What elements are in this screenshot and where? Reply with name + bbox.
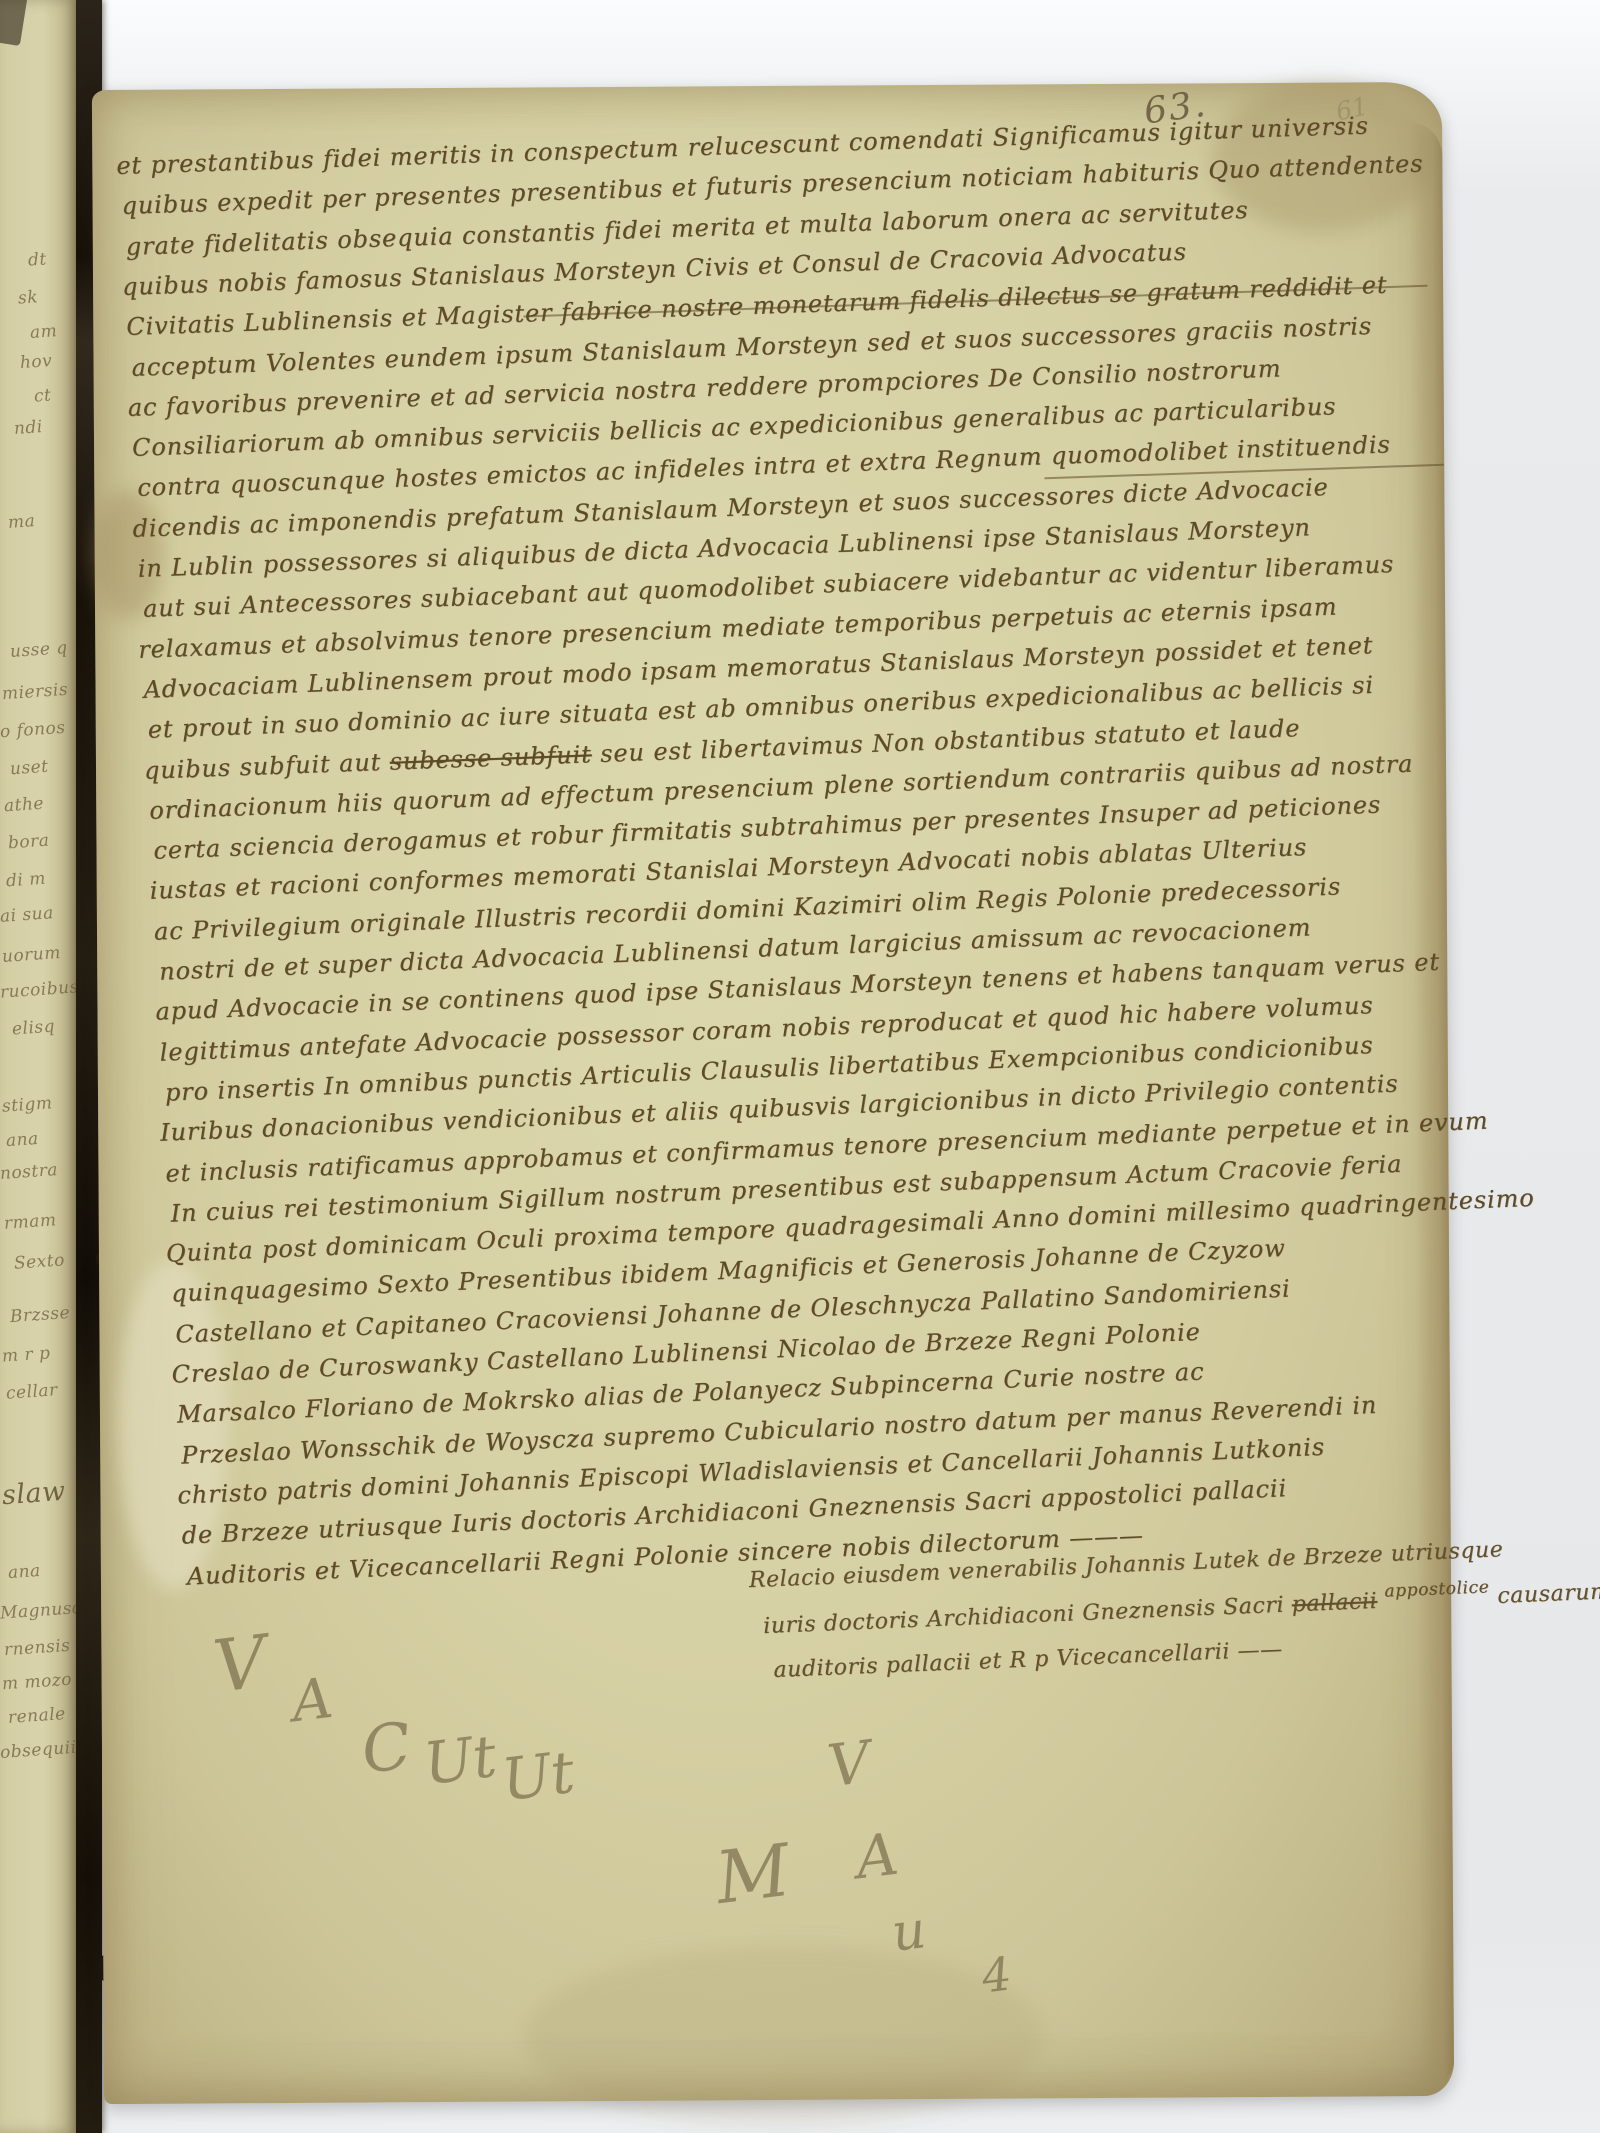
margin-fragment: stigm — [1, 1093, 53, 1116]
margin-fragment: bora — [7, 831, 50, 854]
margin-fragment: rucoibus — [0, 977, 79, 1002]
margin-fragment: slaw — [1, 1476, 67, 1511]
margin-fragment: Brzsse — [9, 1303, 70, 1327]
margin-fragment: cellar — [5, 1380, 58, 1404]
interlinear-insertion: appostolice — [1384, 1577, 1490, 1601]
margin-fragment: usse q — [9, 638, 68, 662]
margin-fragment: miersis — [1, 680, 68, 705]
margin-fragment: elisq — [11, 1017, 55, 1040]
margin-fragment: ai sua — [0, 903, 54, 927]
margin-fragment: ct — [33, 385, 52, 406]
margin-fragment: rnensis — [3, 1636, 71, 1661]
manuscript-scan: dtskamhovctndimausse qmiersiso fonosuset… — [0, 0, 1600, 2133]
chancery-subscription: Relacio eiusdem venerabilis Johannis Lut… — [92, 82, 1454, 2104]
margin-fragment: am — [29, 321, 58, 343]
subscription-text: iuris doctoris Archidiaconi Gneznensis S… — [763, 1593, 1285, 1639]
margin-fragment: uset — [9, 757, 49, 780]
margin-fragment: hov — [19, 351, 53, 373]
corner-shadow — [0, 0, 28, 46]
margin-fragment: renale — [7, 1704, 66, 1728]
margin-fragment: sk — [17, 287, 38, 308]
subscription-text: causarum — [1497, 1579, 1600, 1609]
margin-fragment: m mozo — [1, 1670, 72, 1695]
margin-fragment: o fonos — [0, 718, 66, 743]
margin-fragment: nostra — [0, 1160, 59, 1184]
margin-fragment: m r p — [1, 1343, 51, 1366]
margin-fragment: uorum — [1, 943, 61, 967]
subscription-line: iuris doctoris Archidiaconi Gneznensis S… — [763, 1579, 1600, 1639]
parchment-page: 63. 61 et prestantibus fidei meritis in … — [92, 82, 1454, 2104]
struck-word: pallacii — [1291, 1589, 1378, 1617]
margin-fragment: ndi — [13, 417, 43, 439]
subscription-line: auditoris pallacii et R p Vicecancellari… — [773, 1637, 1283, 1683]
margin-fragment: obsequiis — [0, 1737, 86, 1763]
margin-fragment: di m — [5, 869, 46, 892]
margin-fragment: ana — [7, 1561, 41, 1583]
margin-fragment: Sexto — [13, 1250, 65, 1274]
margin-fragment: ana — [5, 1129, 39, 1151]
facing-leaf-edge: dtskamhovctndimausse qmiersiso fonosuset… — [0, 0, 78, 2133]
margin-fragment: rmam — [3, 1210, 57, 1234]
margin-fragment: dt — [27, 249, 47, 270]
margin-fragment: ma — [7, 511, 36, 533]
margin-fragment: athe — [3, 794, 44, 817]
